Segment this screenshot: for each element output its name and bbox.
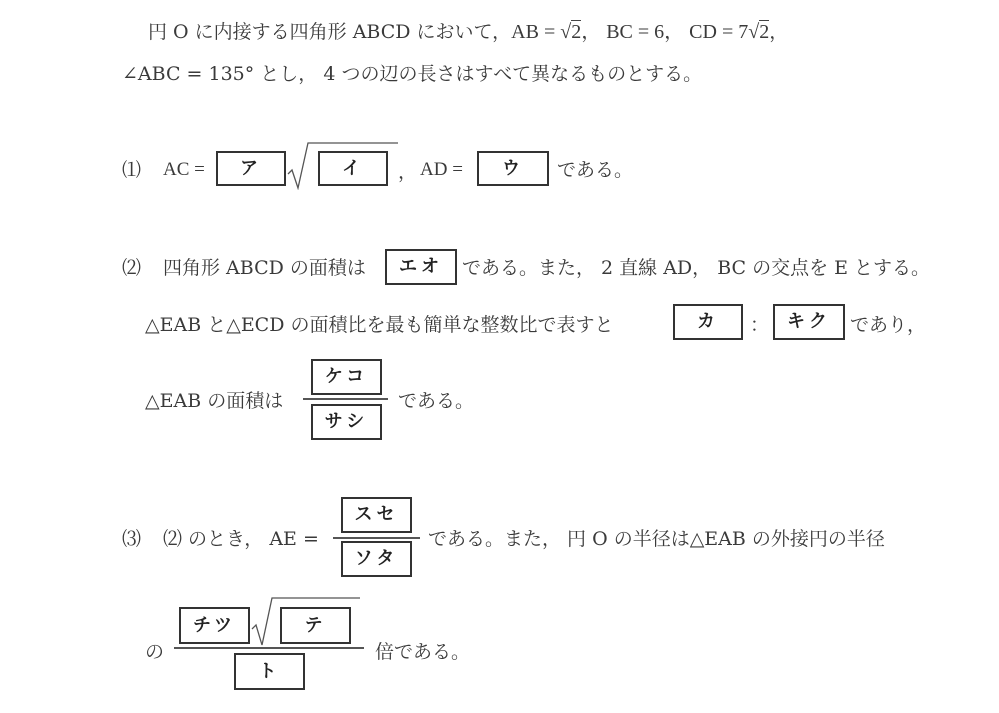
sqrt-icon: √	[748, 21, 759, 43]
answer-box-keko[interactable]: ケコ	[311, 359, 382, 395]
q2-text-6: である。	[398, 389, 474, 413]
intro-line-1: 円 O に内接する四角形 ABCD において，AB = √2， BC = 6， …	[148, 20, 788, 44]
q1-comma: ，	[398, 160, 417, 184]
q1-ac-label: AC =	[163, 158, 205, 182]
intro-text: 円 O に内接する四角形 ABCD において，	[148, 21, 511, 43]
q3-text-2: である。また， 円 O の半径は△EAB の外接円の半径	[428, 527, 885, 551]
answer-box-suse[interactable]: スセ	[341, 497, 412, 533]
ab-value: 2	[571, 20, 581, 43]
sqrt-icon: √	[560, 21, 571, 43]
q1-end-text: である。	[557, 158, 633, 182]
answer-box-sota[interactable]: ソタ	[341, 541, 412, 577]
answer-box-chitsu[interactable]: チツ	[179, 607, 250, 644]
answer-box-a[interactable]: ア	[216, 151, 286, 186]
intro-text-2: ∠ABC = 135° とし， 4 つの辺の長さはすべて異なるものとする。	[122, 63, 702, 85]
intro-line-2: ∠ABC = 135° とし， 4 つの辺の長さはすべて異なるものとする。	[122, 62, 702, 86]
fraction-bar	[174, 647, 364, 649]
answer-box-ka[interactable]: カ	[673, 304, 743, 340]
q3-text-1: ⑵ のとき， AE =	[163, 527, 319, 551]
q2-text-3: △EAB と△ECD の面積比を最も簡単な整数比で表すと	[145, 313, 614, 337]
q3-text-4: 倍である。	[375, 640, 470, 664]
bc-cd-text: ， BC = 6， CD = 7	[581, 21, 748, 43]
answer-box-u[interactable]: ウ	[477, 151, 549, 186]
fraction-bar	[303, 398, 388, 400]
q3-label: ⑶	[122, 527, 141, 551]
ab-label: AB =	[511, 21, 560, 43]
q1-label: ⑴	[122, 158, 141, 182]
q2-label: ⑵	[122, 256, 141, 280]
answer-box-sashi[interactable]: サシ	[311, 404, 382, 440]
answer-box-te[interactable]: テ	[280, 607, 351, 644]
answer-box-eo[interactable]: エオ	[385, 249, 457, 285]
q3-text-3: の	[145, 640, 164, 664]
q2-colon: ：	[750, 313, 769, 337]
answer-box-to[interactable]: ト	[234, 653, 305, 690]
intro-comma: ，	[769, 21, 788, 43]
fraction-bar	[333, 537, 420, 539]
q2-text-1: 四角形 ABCD の面積は	[163, 256, 366, 280]
q2-text-2: である。また， 2 直線 AD， BC の交点を E とする。	[462, 256, 930, 280]
cd-value: 2	[759, 20, 769, 43]
q1-ad-label: AD =	[420, 158, 463, 182]
answer-box-kiku[interactable]: キク	[773, 304, 845, 340]
q2-text-5: △EAB の面積は	[145, 389, 283, 413]
q2-text-4: であり，	[850, 313, 926, 337]
answer-box-i[interactable]: イ	[318, 151, 388, 186]
